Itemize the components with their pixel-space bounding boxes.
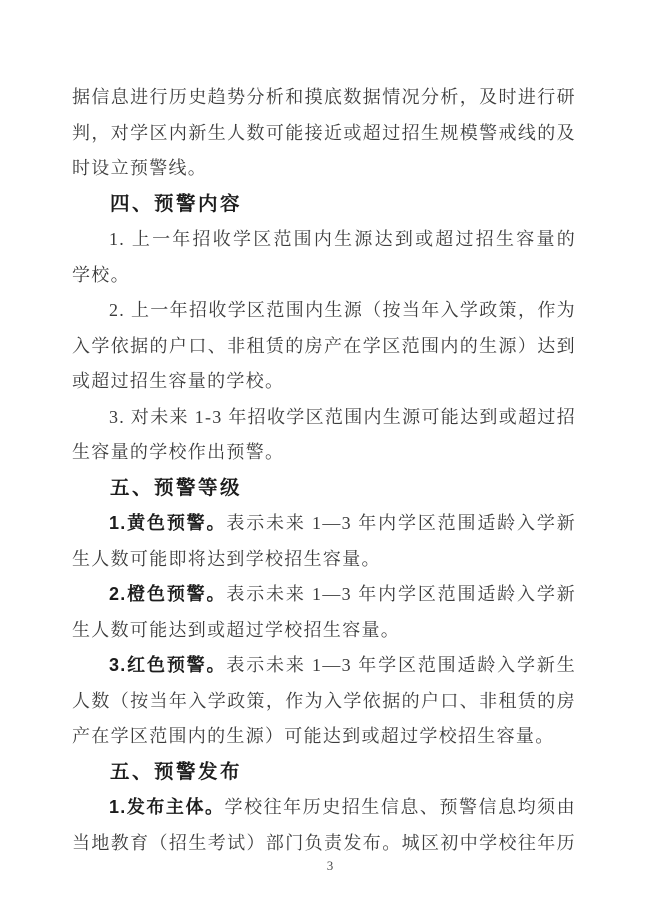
text-line: 判，对学区内新生人数可能接近或超过招生规模警戒线的及 — [72, 116, 576, 152]
text-line: 入学依据的户口、非租赁的房产在学区范围内的生源）达到 — [72, 329, 576, 365]
text-line: 生人数可能即将达到学校招生容量。 — [72, 542, 576, 578]
document-page: 据信息进行历史趋势分析和摸底数据情况分析，及时进行研判，对学区内新生人数可能接近… — [0, 0, 660, 909]
text-line: 生人数可能达到或超过学校招生容量。 — [72, 613, 576, 649]
text-line: 1. 上一年招收学区范围内生源达到或超过招生容量的 — [72, 222, 576, 258]
text-block: 据信息进行历史趋势分析和摸底数据情况分析，及时进行研判，对学区内新生人数可能接近… — [72, 80, 576, 861]
section-heading: 五、预警等级 — [72, 471, 576, 507]
text-line: 当地教育（招生考试）部门负责发布。城区初中学校往年历 — [72, 826, 576, 862]
text-line: 人数（按当年入学政策，作为入学依据的户口、非租赁的房 — [72, 684, 576, 720]
text-line: 3.红色预警。表示未来 1—3 年学区范围适龄入学新生 — [72, 648, 576, 684]
section-heading: 四、预警内容 — [72, 187, 576, 223]
section-heading: 五、预警发布 — [72, 755, 576, 791]
text-line: 据信息进行历史趋势分析和摸底数据情况分析，及时进行研 — [72, 80, 576, 116]
text-line: 时设立预警线。 — [72, 151, 576, 187]
text-line: 产在学区范围内的生源）可能达到或超过学校招生容量。 — [72, 719, 576, 755]
text-line: 学校。 — [72, 258, 576, 294]
bold-lead: 1.黄色预警。 — [109, 513, 226, 533]
page-number: 3 — [0, 858, 660, 874]
text-line: 2. 上一年招收学区范围内生源（按当年入学政策，作为 — [72, 293, 576, 329]
text-line: 1.发布主体。学校往年历史招生信息、预警信息均须由 — [72, 790, 576, 826]
bold-lead: 3.红色预警。 — [109, 655, 226, 675]
text-line: 或超过招生容量的学校。 — [72, 364, 576, 400]
text-line: 1.黄色预警。表示未来 1—3 年内学区范围适龄入学新 — [72, 506, 576, 542]
text-line: 2.橙色预警。表示未来 1—3 年内学区范围适龄入学新 — [72, 577, 576, 613]
text-line: 3. 对未来 1-3 年招收学区范围内生源可能达到或超过招 — [72, 400, 576, 436]
text-line: 生容量的学校作出预警。 — [72, 435, 576, 471]
bold-lead: 2.橙色预警。 — [109, 584, 226, 604]
bold-lead: 1.发布主体。 — [109, 797, 225, 817]
